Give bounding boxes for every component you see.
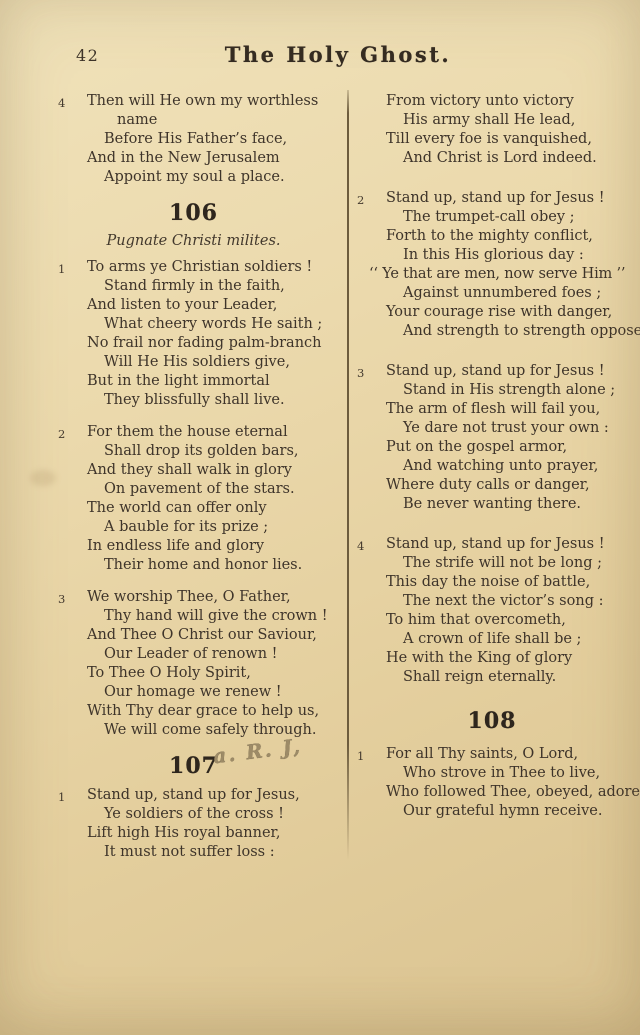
verse-line: Stand up, stand up for Jesus ! [386, 535, 628, 554]
verse-line: Be never wanting there. [403, 495, 628, 514]
verse-number: 1 [357, 747, 364, 766]
verse-line: Will He His soldiers give, [104, 353, 330, 372]
verse-line: In this His glorious day : [403, 246, 628, 265]
verse: 1To arms ye Christian soldiers !Stand fi… [57, 258, 330, 410]
verse-line: His army shall He lead, [403, 111, 628, 130]
verse-line: With Thy dear grace to help us, [87, 702, 330, 721]
verse-line: Shall reign eternally. [403, 668, 628, 687]
verse-line: The trumpet-call obey ; [403, 208, 628, 227]
verse-line: Stand in His strength alone ; [403, 381, 628, 400]
verse-line: And in the New Jerusalem [87, 149, 330, 168]
verse-line: Shall drop its golden bars, [104, 442, 330, 461]
hymn-column-right: From victory unto victoryHis army shall … [356, 92, 628, 875]
verse-line: We worship Thee, O Father, [87, 588, 330, 607]
verse-line: For all Thy saints, O Lord, [386, 745, 628, 764]
verse-line: To arms ye Christian soldiers ! [87, 258, 330, 277]
verse: 3We worship Thee, O Father,Thy hand will… [57, 588, 330, 740]
verse-line: Our grateful hymn receive. [403, 802, 628, 821]
verse-line: And strength to strength oppose. [403, 322, 628, 341]
verse: 3Stand up, stand up for Jesus !Stand in … [356, 362, 628, 514]
verse-number: 2 [58, 425, 65, 444]
verse-line: The next the victor’s song : [403, 592, 628, 611]
verse-line: And they shall walk in glory [87, 461, 330, 480]
verse-line: And listen to your Leader, [87, 296, 330, 315]
verse-line: A crown of life shall be ; [403, 630, 628, 649]
verse-line: Where duty calls or danger, [386, 476, 628, 495]
hymn-number: 108 [356, 708, 628, 734]
verse-line: Who followed Thee, obeyed, adored, [386, 783, 628, 802]
verse-line: On pavement of the stars. [104, 480, 330, 499]
verse-line: Put on the gospel armor, [386, 438, 628, 457]
verse-line: ‘‘ Ye that are men, now serve Him ’’ [369, 265, 628, 284]
verse-number: 4 [58, 94, 65, 113]
verse: 2Stand up, stand up for Jesus !The trump… [356, 189, 628, 341]
verse-line: And Thee O Christ our Saviour, [87, 626, 330, 645]
verse-line: Our homage we renew ! [104, 683, 330, 702]
verse-line: name [117, 111, 330, 130]
verse-line: The world can offer only [87, 499, 330, 518]
verse-line: Stand up, stand up for Jesus ! [386, 189, 628, 208]
hymn-number: 107a. R. J, [57, 753, 330, 779]
verse: 4Stand up, stand up for Jesus !The strif… [356, 535, 628, 687]
verse-line: Ye soldiers of the cross ! [104, 805, 330, 824]
verse: From victory unto victoryHis army shall … [356, 92, 628, 168]
verse: 2For them the house eternalShall drop it… [57, 423, 330, 575]
verse: 4Then will He own my worthlessnameBefore… [57, 92, 330, 187]
scanned-hymnal-page: { "page": { "number": "42", "header": "T… [0, 0, 640, 1035]
verse-line: Then will He own my worthless [87, 92, 330, 111]
verse: 1For all Thy saints, O Lord,Who strove i… [356, 745, 628, 821]
verse-line: What cheery words He saith ; [104, 315, 330, 334]
verse-number: 2 [357, 191, 364, 210]
verse-line: A bauble for its prize ; [104, 518, 330, 537]
verse-number: 1 [58, 260, 65, 279]
hymn-column-left: 4Then will He own my worthlessnameBefore… [57, 92, 330, 875]
verse-line: He with the King of glory [386, 649, 628, 668]
verse-line: Stand up, stand up for Jesus, [87, 786, 330, 805]
verse-line: This day the noise of battle, [386, 573, 628, 592]
verse-line: Who strove in Thee to live, [403, 764, 628, 783]
verse-line: But in the light immortal [87, 372, 330, 391]
verse-line: Ye dare not trust your own : [403, 419, 628, 438]
verse-line: And Christ is Lord indeed. [403, 149, 628, 168]
verse-line: Against unnumbered foes ; [403, 284, 628, 303]
verse-line: It must not suffer loss : [104, 843, 330, 862]
verse-number: 1 [58, 788, 65, 807]
verse-line: Our Leader of renown ! [104, 645, 330, 664]
verse-line: For them the house eternal [87, 423, 330, 442]
verse-line: They blissfully shall live. [104, 391, 330, 410]
section-header: The Holy Ghost. [18, 42, 640, 67]
verse-line: To Thee O Holy Spirit, [87, 664, 330, 683]
verse-line: Appoint my soul a place. [104, 168, 330, 187]
hymn-content: 4Then will He own my worthlessnameBefore… [57, 92, 628, 875]
verse-line: Before His Father’s face, [104, 130, 330, 149]
verse-line: Till every foe is vanquished, [386, 130, 628, 149]
verse: 1Stand up, stand up for Jesus,Ye soldier… [57, 786, 330, 862]
verse-line: The arm of flesh will fail you, [386, 400, 628, 419]
verse-line: Thy hand will give the crown ! [104, 607, 330, 626]
verse-line: Stand up, stand up for Jesus ! [386, 362, 628, 381]
verse-number: 4 [357, 537, 364, 556]
verse-line: And watching unto prayer, [403, 457, 628, 476]
verse-line: From victory unto victory [386, 92, 628, 111]
verse-line: Stand firmly in the faith, [104, 277, 330, 296]
hymn-subtitle: Pugnate Christi milites. [57, 233, 330, 249]
hymn-number: 106 [57, 200, 330, 226]
verse-line: Forth to the mighty conflict, [386, 227, 628, 246]
verse-line: Your courage rise with danger, [386, 303, 628, 322]
verse-line: No frail nor fading palm-branch [87, 334, 330, 353]
verse-number: 3 [357, 364, 364, 383]
paper-smudge [30, 470, 56, 486]
verse-line: Lift high His royal banner, [87, 824, 330, 843]
verse-line: In endless life and glory [87, 537, 330, 556]
verse-line: Their home and honor lies. [104, 556, 330, 575]
verse-line: The strife will not be long ; [403, 554, 628, 573]
verse-number: 3 [58, 590, 65, 609]
verse-line: To him that overcometh, [386, 611, 628, 630]
